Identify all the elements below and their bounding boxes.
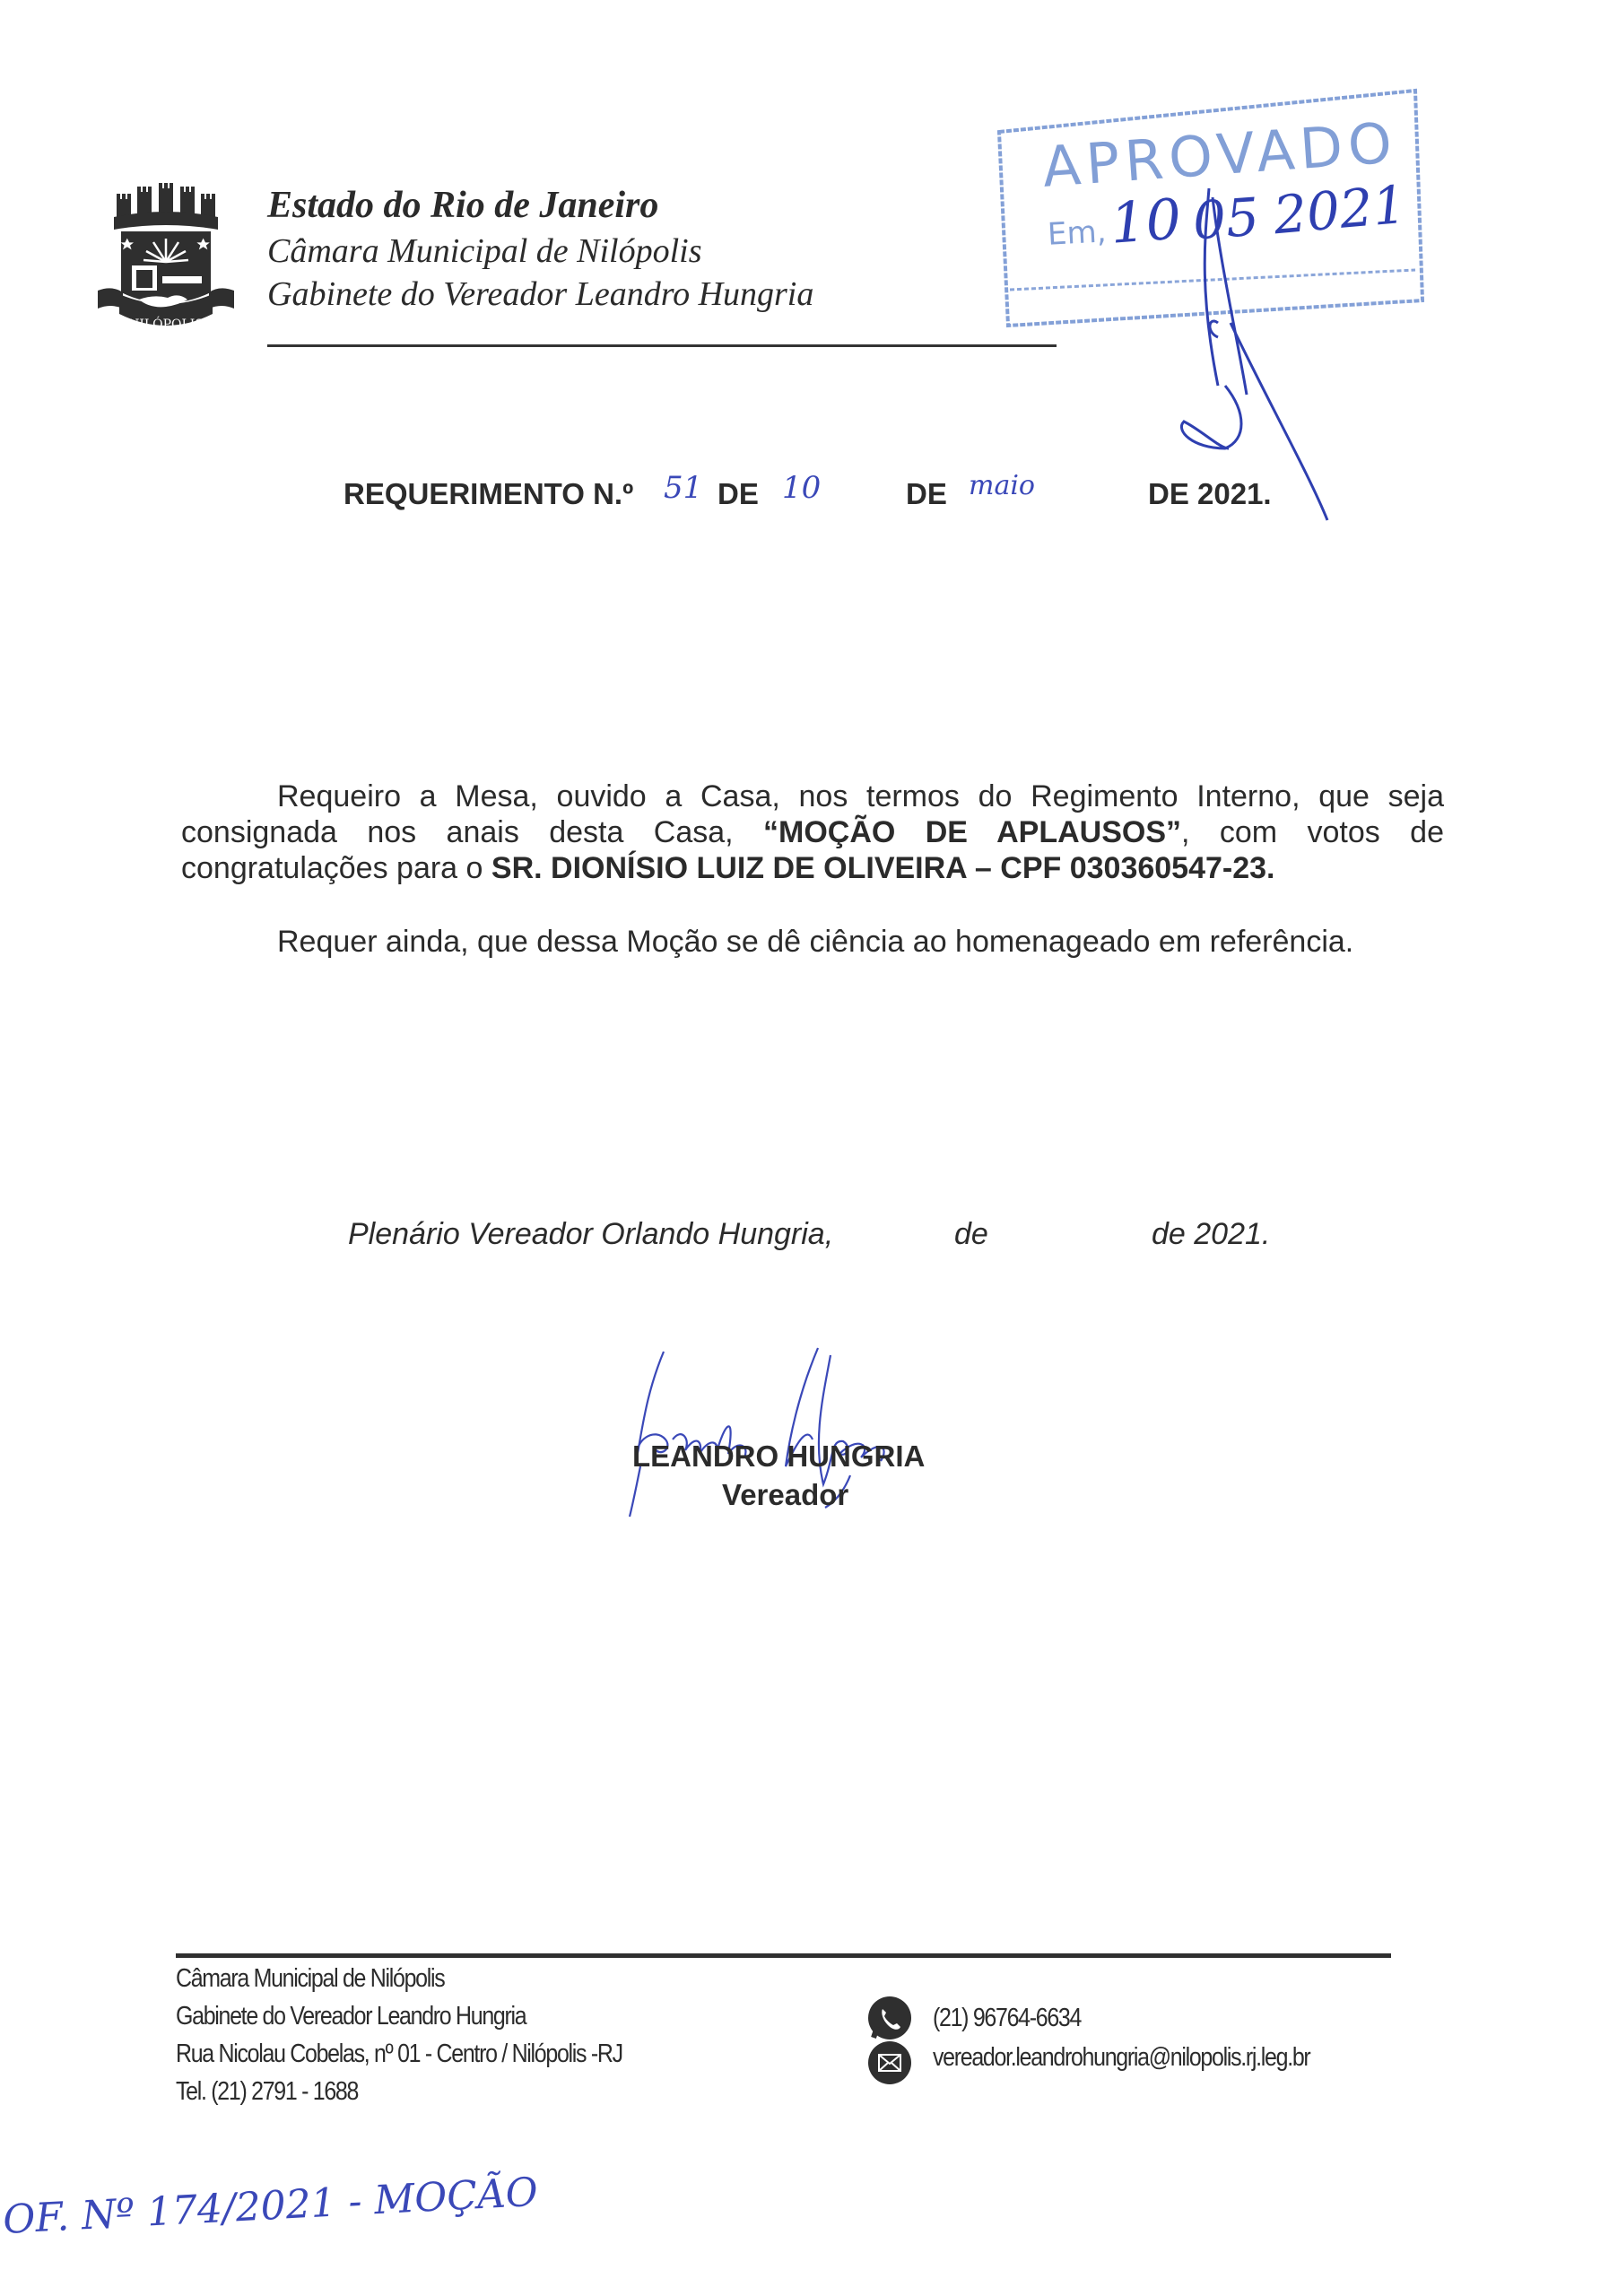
requerimento-de-2: DE <box>906 477 947 511</box>
honoree-name: SR. DIONÍSIO LUIZ DE OLIVEIRA – CPF 0303… <box>491 851 1275 885</box>
footer-telephone: Tel. (21) 2791 - 1688 <box>176 2077 358 2107</box>
closing-de: de <box>954 1217 988 1252</box>
stamp-date-label: Em, <box>1047 213 1107 252</box>
body-paragraph-notice: Requer ainda, que dessa Moção se dê ciên… <box>181 924 1444 960</box>
stamp-date-day: 10 <box>1109 186 1184 256</box>
signatory-name: LEANDRO HUNGRIA <box>632 1439 925 1474</box>
stamp-date-month: 05 <box>1191 187 1261 252</box>
closing-year: de 2021. <box>1152 1217 1270 1252</box>
requerimento-number: 51 <box>664 470 702 506</box>
footer-office: Gabinete do Vereador Leandro Hungria <box>176 2002 526 2031</box>
requerimento-day: 10 <box>782 470 821 506</box>
closing-place: Plenário Vereador Orlando Hungria, <box>348 1217 833 1252</box>
footer-divider <box>176 1953 1391 1958</box>
handwritten-office-number: OF. Nº 174/2021 - MOÇÃO <box>2 2170 539 2243</box>
municipal-crest-logo: NILÓPOLIS <box>94 179 238 334</box>
whatsapp-icon <box>868 1996 911 2039</box>
requerimento-de-1: DE <box>718 477 759 511</box>
signatory-role: Vereador <box>722 1478 848 1512</box>
requerimento-year: DE 2021. <box>1148 477 1272 511</box>
footer-chamber: Câmara Municipal de Nilópolis <box>176 1964 444 1994</box>
requerimento-month: maio <box>969 470 1035 501</box>
header-subtitle-chamber: Câmara Municipal de Nilópolis <box>267 231 702 271</box>
envelope-icon <box>868 2041 911 2084</box>
footer-whatsapp-number: (21) 96764-6634 <box>933 2004 1081 2033</box>
header-title: Estado do Rio de Janeiro <box>267 184 658 227</box>
footer-email: vereador.leandrohungria@nilopolis.rj.leg… <box>933 2043 1309 2073</box>
motion-title: “MOÇÃO DE APLAUSOS” <box>763 815 1181 849</box>
header-subtitle-office: Gabinete do Vereador Leandro Hungria <box>267 274 813 314</box>
svg-text:NILÓPOLIS: NILÓPOLIS <box>128 316 204 332</box>
footer-address: Rua Nicolau Cobelas, nº 01 - Centro / Ni… <box>176 2039 622 2069</box>
header-divider <box>267 344 1057 347</box>
requerimento-label: REQUERIMENTO N.º <box>344 477 633 511</box>
body-paragraph-request: Requeiro a Mesa, ouvido a Casa, nos term… <box>181 778 1444 886</box>
stamp-date-year: 2021 <box>1271 174 1408 247</box>
